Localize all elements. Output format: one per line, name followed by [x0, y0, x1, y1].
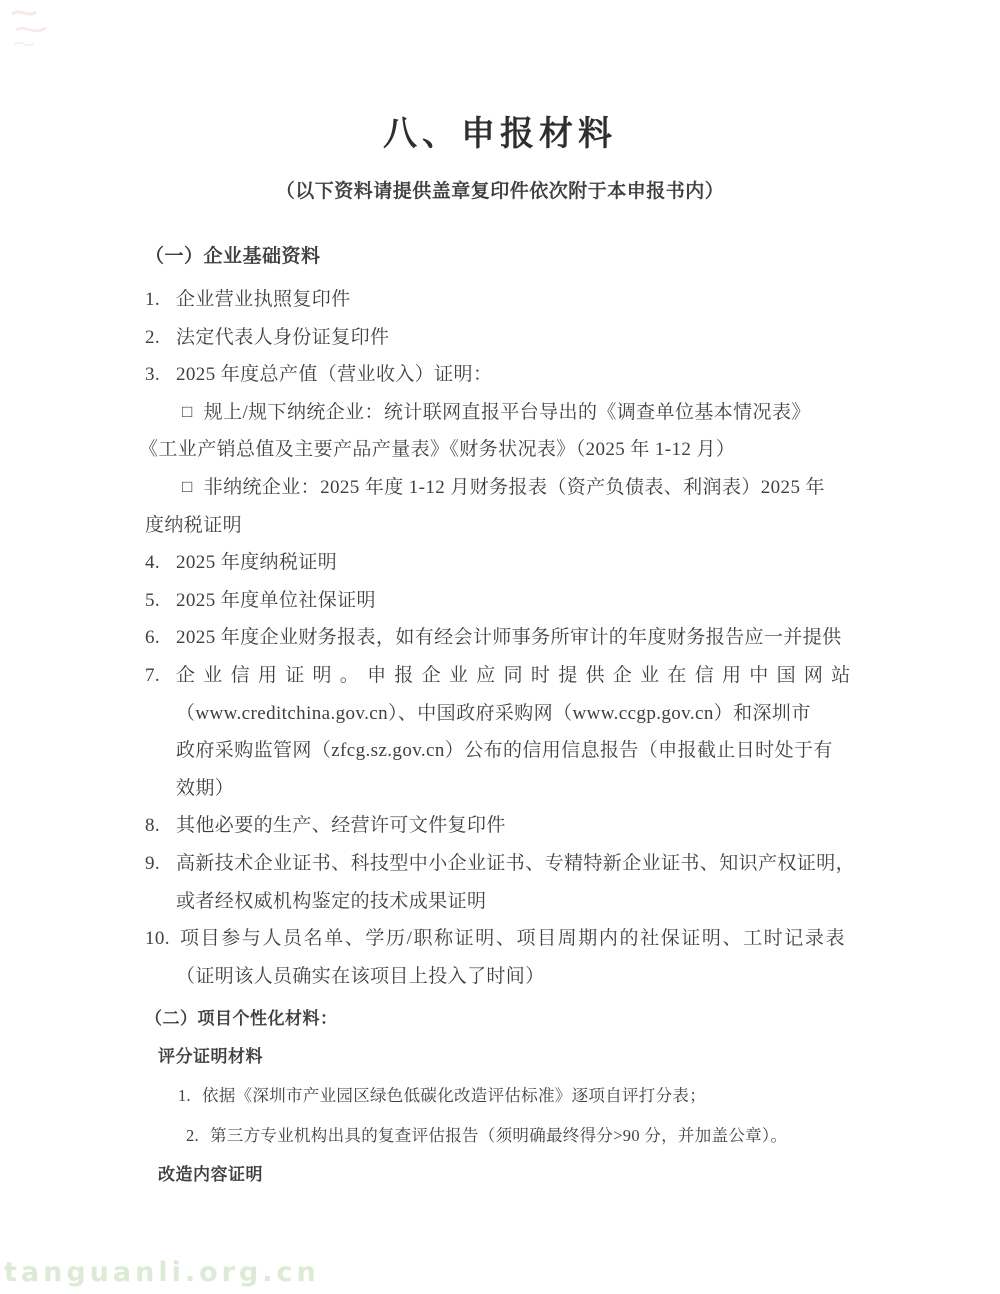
- site-watermark: tanguanli.org.cn: [4, 1257, 320, 1288]
- item-number: 2.: [186, 1116, 202, 1156]
- retrofit-content-heading: 改造内容证明: [145, 1156, 870, 1194]
- item-number: 5.: [145, 582, 168, 620]
- item-number: 2.: [145, 319, 168, 357]
- score-materials-heading: 评分证明材料: [145, 1038, 870, 1076]
- document-body: （一）企业基础资料 1.企业营业执照复印件 2.法定代表人身份证复印件 3.20…: [145, 237, 870, 1194]
- item-text: 或者经权威机构鉴定的技术成果证明: [176, 891, 486, 912]
- list-item-6: 6.2025 年度企业财务报表，如有经会计师事务所审计的年度财务报告应一并提供: [145, 619, 870, 657]
- item-number: 3.: [145, 356, 168, 394]
- section-b: （二）项目个性化材料： 评分证明材料 1.依据《深圳市产业园区绿色低碳化改造评估…: [145, 999, 870, 1194]
- wrap-line: 效期）: [145, 770, 870, 808]
- checkbox-icon: □: [182, 477, 193, 496]
- item-text: （证明该人员确实在该项目上投入了时间）: [176, 966, 545, 987]
- page-subtitle: （以下资料请提供盖章复印件依次附于本申报书内）: [0, 176, 1000, 203]
- checkbox-option-non-nastat: □非纳统企业：2025 年度 1-12 月财务报表（资产负债表、利润表）2025…: [145, 469, 870, 507]
- item-number: 4.: [145, 544, 168, 582]
- score-item-1: 1.依据《深圳市产业园区绿色低碳化改造评估标准》逐项自评打分表；: [145, 1076, 870, 1116]
- item-text: 高新技术企业证书、科技型中小企业证书、专精特新企业证书、知识产权证明，: [176, 853, 855, 874]
- item-text: 非纳统企业：2025 年度 1-12 月财务报表（资产负债表、利润表）2025 …: [204, 477, 825, 498]
- item-text: 2025 年度总产值（营业收入）证明：: [176, 364, 492, 385]
- item-text: 2025 年度单位社保证明: [176, 590, 376, 611]
- item-text: 法定代表人身份证复印件: [176, 327, 389, 348]
- item-text: 政府采购监管网（zfcg.sz.gov.cn）公布的信用信息报告（申报截止日时处…: [176, 740, 833, 761]
- item-text: 第三方专业机构出具的复查评估报告（须明确最终得分>90 分，并加盖公章）。: [210, 1126, 787, 1145]
- section-a-heading: （一）企业基础资料: [145, 237, 870, 277]
- list-item-7: 7.企业信用证明。申报企业应同时提供企业在信用中国网站: [145, 657, 870, 695]
- item-text: 2025 年度企业财务报表，如有经会计师事务所审计的年度财务报告应一并提供: [176, 627, 842, 648]
- list-item-5: 5.2025 年度单位社保证明: [145, 582, 870, 620]
- list-item-8: 8.其他必要的生产、经营许可文件复印件: [145, 807, 870, 845]
- list-item-10: 10.项目参与人员名单、学历/职称证明、项目周期内的社保证明、工时记录表: [145, 920, 870, 958]
- section-b-heading: （二）项目个性化材料：: [145, 999, 870, 1038]
- item-text: 企业营业执照复印件: [176, 289, 351, 310]
- item-number: 8.: [145, 807, 168, 845]
- list-item-9: 9.高新技术企业证书、科技型中小企业证书、专精特新企业证书、知识产权证明，: [145, 845, 870, 883]
- list-item-3: 3.2025 年度总产值（营业收入）证明：: [145, 356, 870, 394]
- list-item-4: 4.2025 年度纳税证明: [145, 544, 870, 582]
- wrap-line: 《工业产销总值及主要产品产量表》《财务状况表》（2025 年 1-12 月）: [139, 431, 870, 469]
- item-number: 1.: [178, 1076, 194, 1116]
- wrap-line-url: （www.creditchina.gov.cn）、中国政府采购网（www.ccg…: [145, 695, 870, 733]
- item-number: 9.: [145, 845, 168, 883]
- score-item-2: 2.第三方专业机构出具的复查评估报告（须明确最终得分>90 分，并加盖公章）。: [145, 1116, 870, 1156]
- item-text: 企业信用证明。申报企业应同时提供企业在信用中国网站: [176, 665, 859, 686]
- item-text: 《工业产销总值及主要产品产量表》《财务状况表》（2025 年 1-12 月）: [139, 439, 735, 460]
- item-text: 项目参与人员名单、学历/职称证明、项目周期内的社保证明、工时记录表: [180, 928, 846, 949]
- wrap-line-url: 政府采购监管网（zfcg.sz.gov.cn）公布的信用信息报告（申报截止日时处…: [145, 732, 870, 770]
- corner-smudge: [6, 4, 76, 56]
- item-text: 2025 年度纳税证明: [176, 552, 337, 573]
- item-text: 依据《深圳市产业园区绿色低碳化改造评估标准》逐项自评打分表；: [202, 1086, 706, 1105]
- list-item-1: 1.企业营业执照复印件: [145, 281, 870, 319]
- list-item-2: 2.法定代表人身份证复印件: [145, 319, 870, 357]
- wrap-line: 或者经权威机构鉴定的技术成果证明: [145, 883, 870, 921]
- item-text: 规上/规下纳统企业：统计联网直报平台导出的《调查单位基本情况表》: [204, 402, 811, 423]
- checkbox-option-nastat: □规上/规下纳统企业：统计联网直报平台导出的《调查单位基本情况表》: [145, 394, 870, 432]
- item-text: 度纳税证明: [145, 515, 242, 536]
- item-number: 1.: [145, 281, 168, 319]
- item-number: 10.: [145, 920, 175, 958]
- wrap-line: （证明该人员确实在该项目上投入了时间）: [145, 958, 870, 996]
- item-number: 7.: [145, 657, 168, 695]
- wrap-line: 度纳税证明: [145, 507, 870, 545]
- item-text: 效期）: [176, 778, 234, 799]
- item-number: 6.: [145, 619, 168, 657]
- page-title: 八、申报材料: [0, 0, 1000, 155]
- checkbox-icon: □: [182, 402, 193, 421]
- document-page: 八、申报材料 （以下资料请提供盖章复印件依次附于本申报书内） （一）企业基础资料…: [0, 0, 1000, 1294]
- item-text: 其他必要的生产、经营许可文件复印件: [176, 815, 506, 836]
- item-text: （www.creditchina.gov.cn）、中国政府采购网（www.ccg…: [176, 703, 811, 724]
